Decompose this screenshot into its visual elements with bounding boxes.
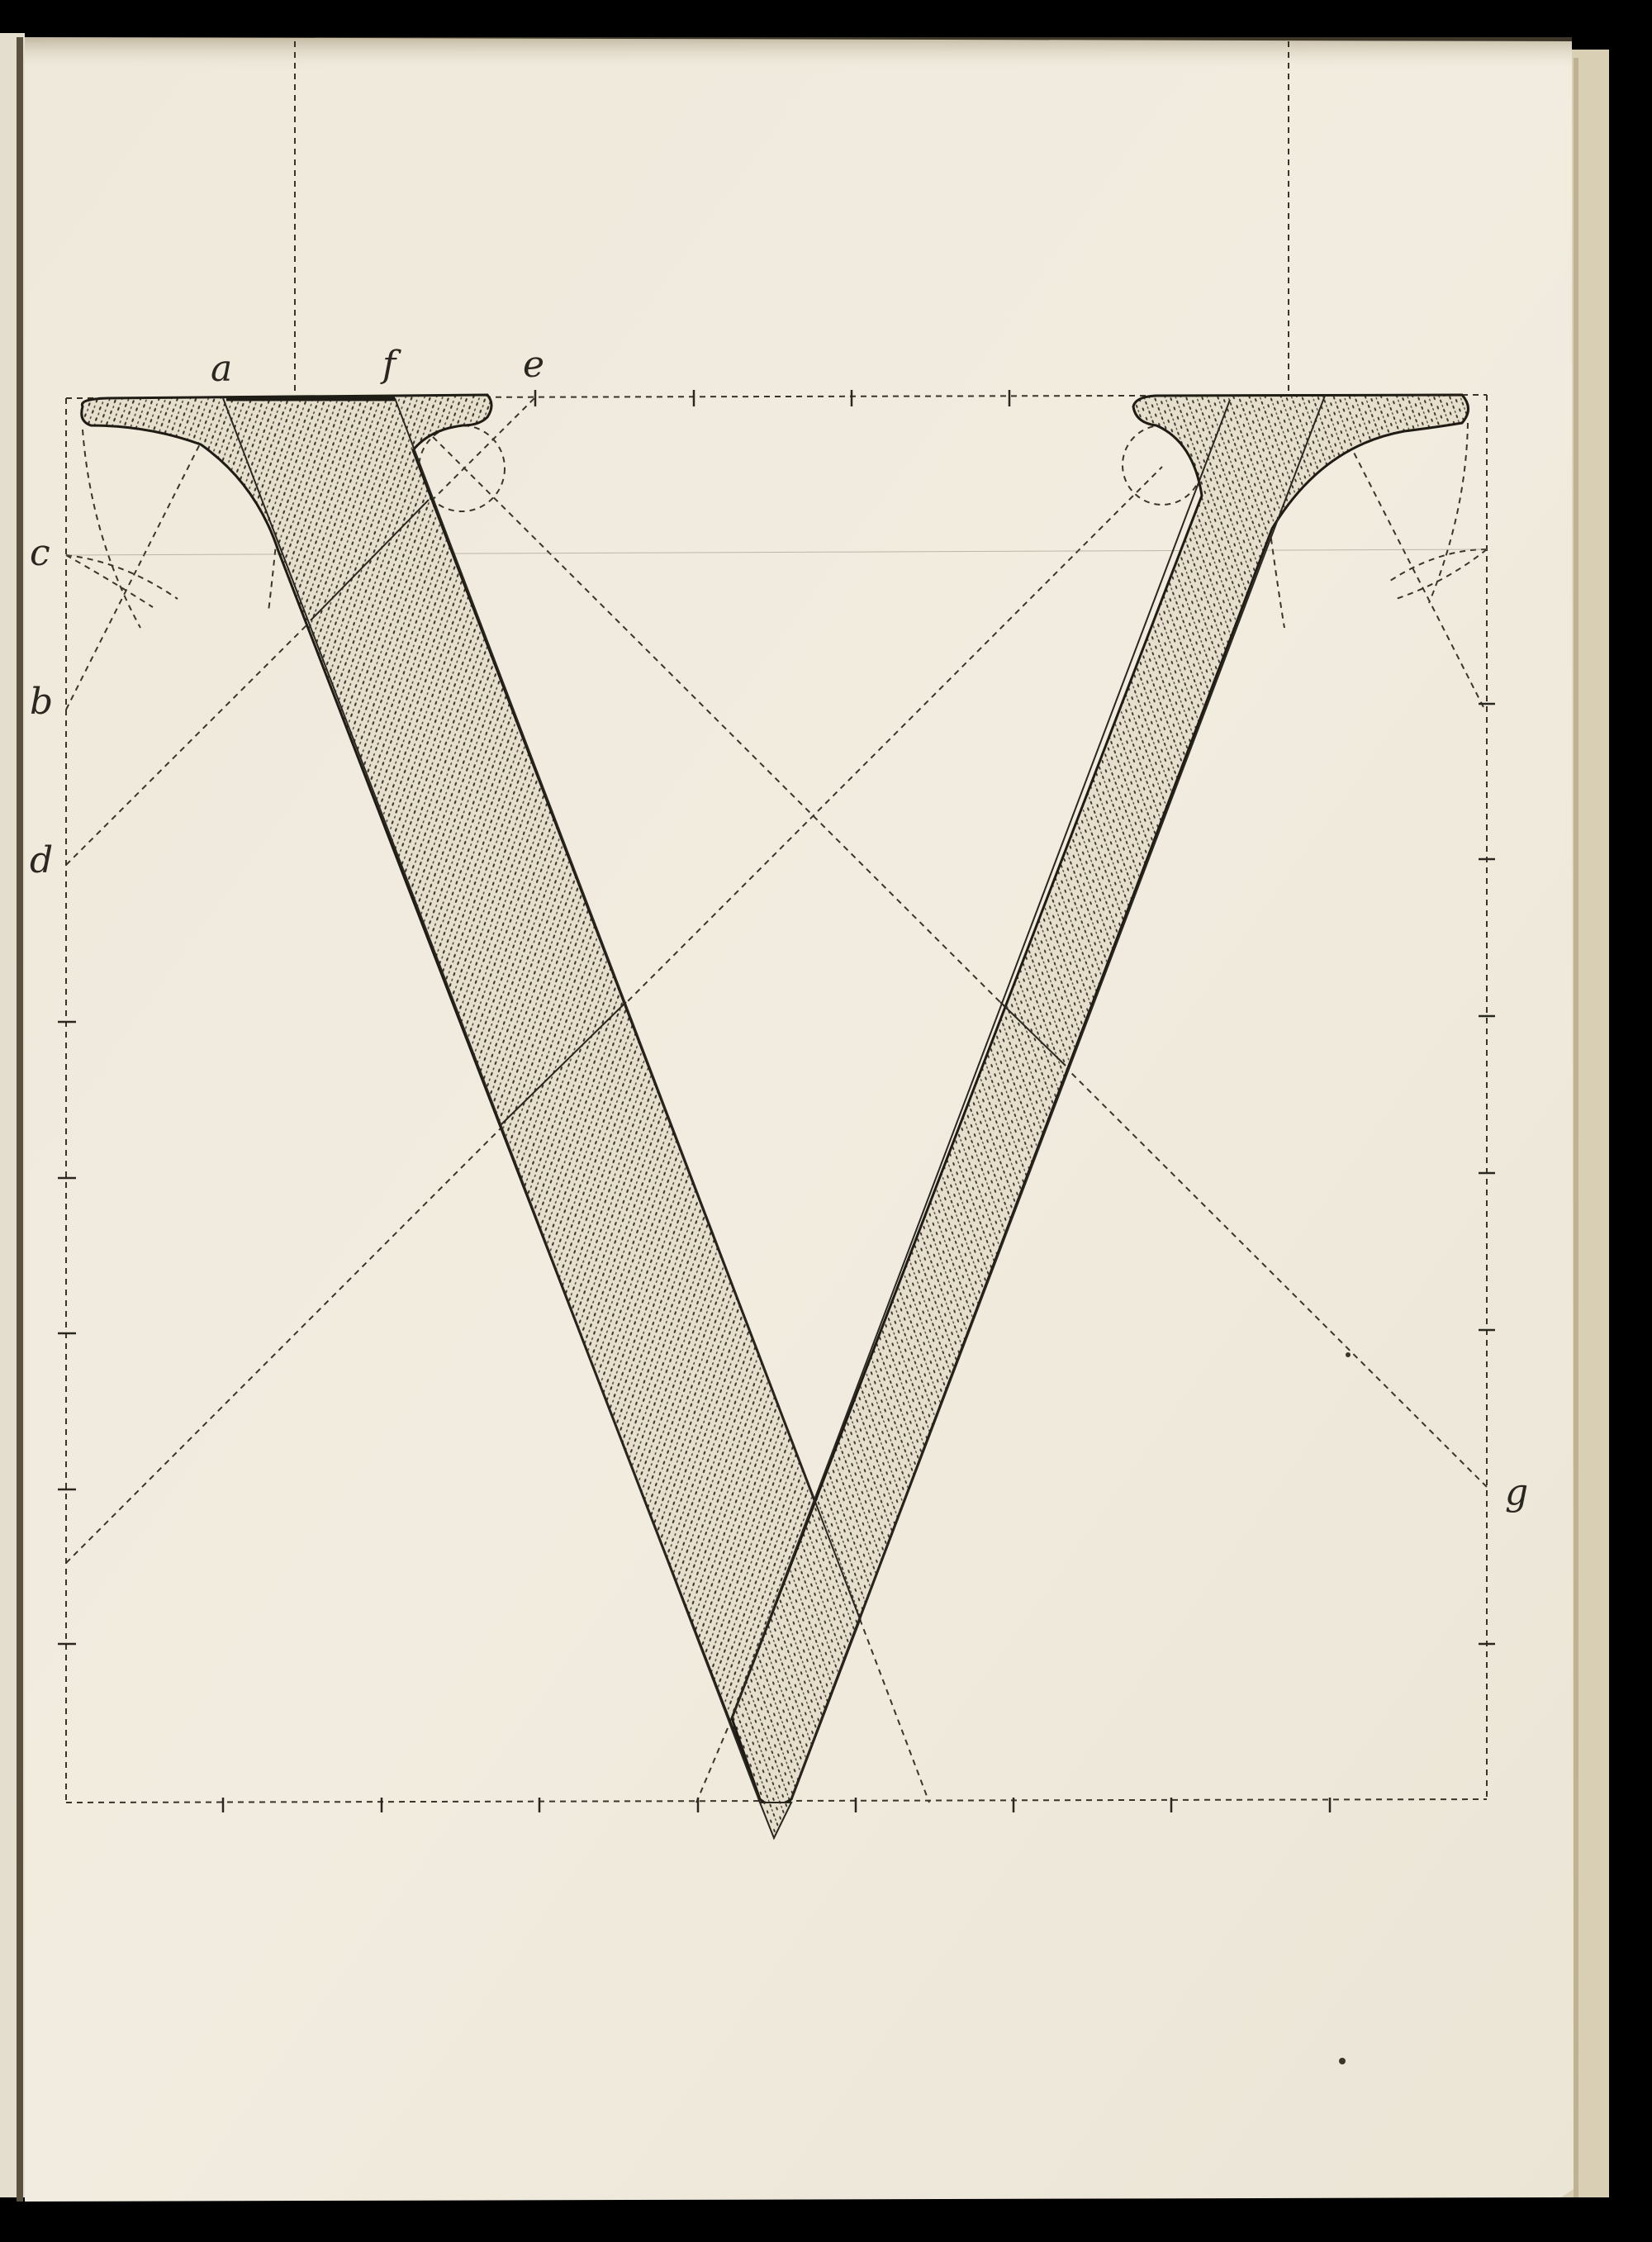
point-label-c: c [30,535,50,572]
point-label-g: g [1505,1475,1528,1511]
engraving-page: a f e c b d g [0,0,1652,2242]
point-label-d: d [30,843,53,879]
gutter [17,37,23,2202]
point-label-b: b [30,684,53,720]
point-label-f: f [382,347,396,383]
point-label-e: e [523,347,544,383]
point-label-a: a [211,351,232,387]
paper [25,37,1574,2202]
